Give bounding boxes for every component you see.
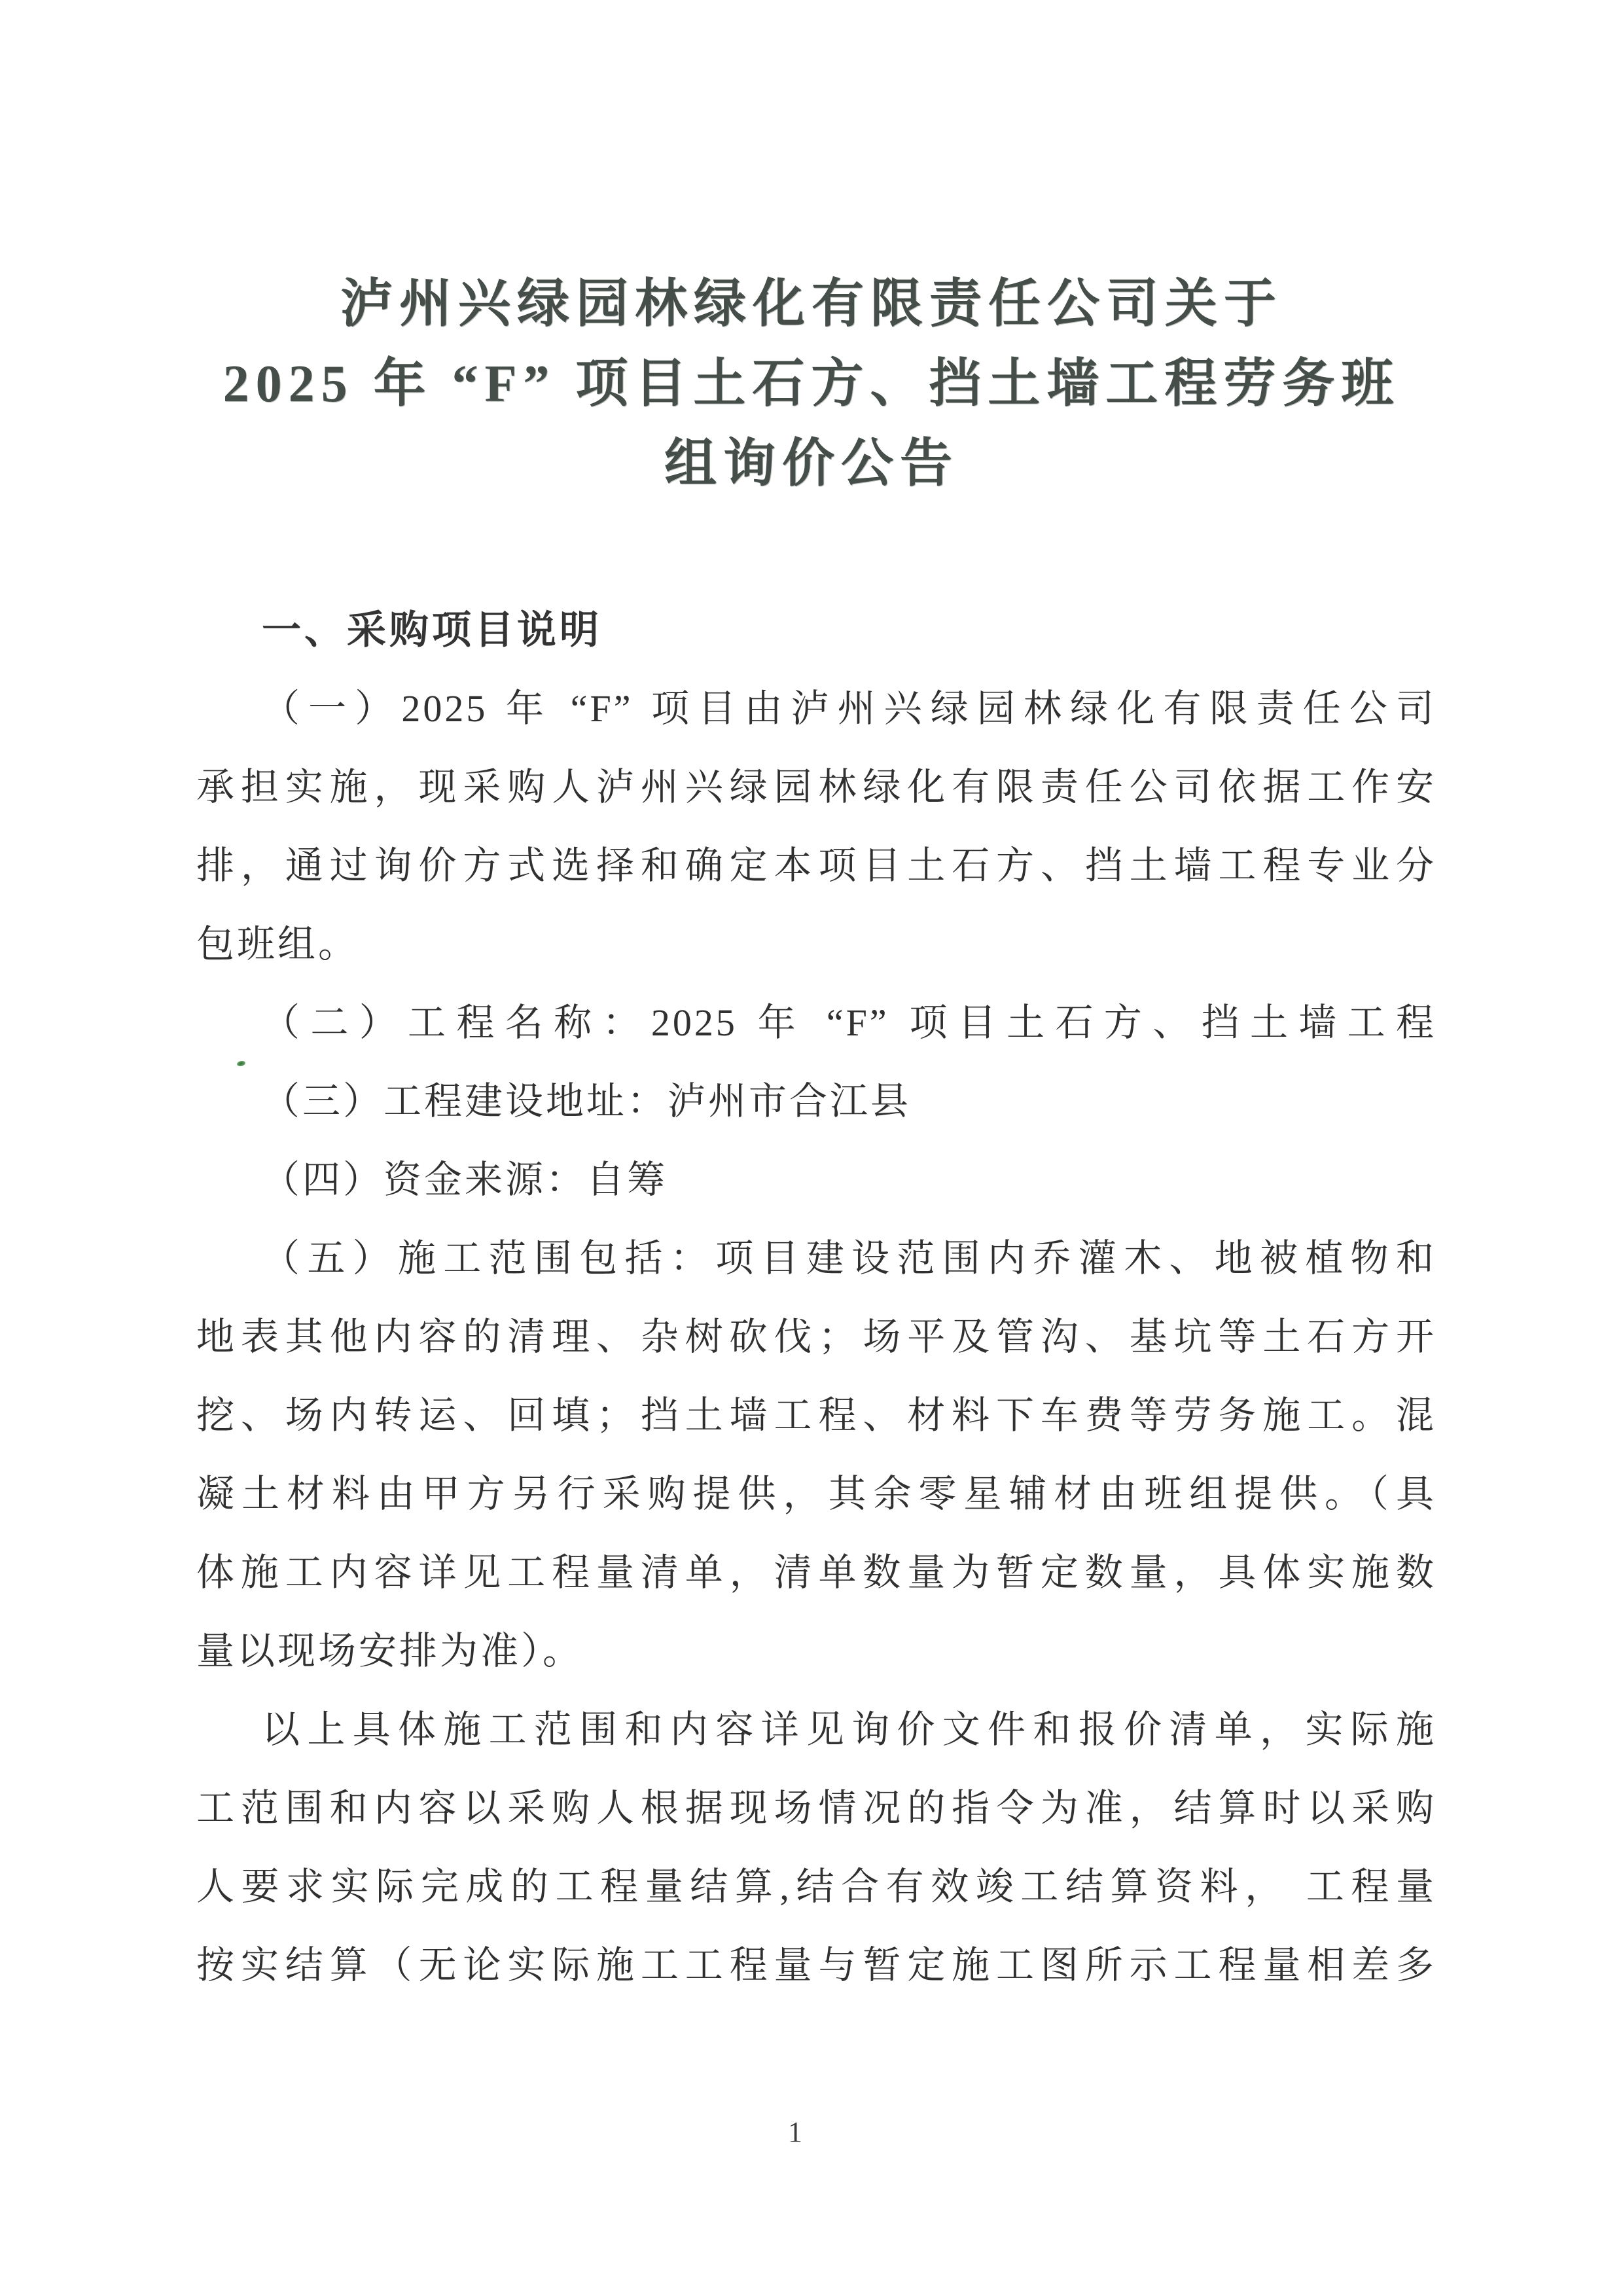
body-line: （四）资金来源：自筹 [196,1141,1436,1219]
title-line: 组询价公告 [0,424,1623,504]
page-number: 1 [0,2115,1590,2149]
body-line: （五）施工范围包括：项目建设范围内乔灌木、地被植物和 [196,1219,1436,1298]
document-title: 泸州兴绿园林绿化有限责任公司关于2025 年 “F” 项目土石方、挡土墙工程劳务… [0,264,1623,504]
section-heading: 一、采购项目说明 [262,591,1436,670]
body-line: 工范围和内容以采购人根据现场情况的指令为准，结算时以采购 [196,1769,1436,1848]
body-line: （三）工程建设地址：泸州市合江县 [196,1062,1436,1141]
body-line: 凝土材料由甲方另行采购提供，其余零星辅材由班组提供。（具 [196,1455,1436,1534]
title-line: 泸州兴绿园林绿化有限责任公司关于 [0,264,1623,344]
title-line: 2025 年 “F” 项目土石方、挡土墙工程劳务班 [0,344,1623,424]
body-line: 量以现场安排为准）。 [196,1612,1436,1691]
body-line: 承担实施，现采购人泸州兴绿园林绿化有限责任公司依据工作安 [196,748,1436,827]
body-line: 排，通过询价方式选择和确定本项目土石方、挡土墙工程专业分 [196,827,1436,905]
body-line: （二）工程名称：2025 年 “F” 项目土石方、挡土墙工程 [196,984,1436,1062]
document-body: 一、采购项目说明 （一）2025 年 “F” 项目由泸州兴绿园林绿化有限责任公司… [196,591,1436,2005]
body-line: 挖、场内转运、回填；挡土墙工程、材料下车费等劳务施工。混 [196,1376,1436,1455]
body-line: 包班组。 [196,905,1436,984]
document-page: 泸州兴绿园林绿化有限责任公司关于2025 年 “F” 项目土石方、挡土墙工程劳务… [0,0,1623,2296]
body-line: 以上具体施工范围和内容详见询价文件和报价清单，实际施 [196,1691,1436,1769]
body-line: 体施工内容详见工程量清单，清单数量为暂定数量，具体实施数 [196,1534,1436,1612]
body-line: 按实结算（无论实际施工工程量与暂定施工图所示工程量相差多 [196,1926,1436,2005]
body-line: （一）2025 年 “F” 项目由泸州兴绿园林绿化有限责任公司 [196,670,1436,748]
body-line: 人要求实际完成的工程量结算,结合有效竣工结算资料， 工程量 [196,1848,1436,1926]
paragraphs: （一）2025 年 “F” 项目由泸州兴绿园林绿化有限责任公司承担实施，现采购人… [196,670,1436,2005]
body-line: 地表其他内容的清理、杂树砍伐；场平及管沟、基坑等土石方开 [196,1298,1436,1376]
